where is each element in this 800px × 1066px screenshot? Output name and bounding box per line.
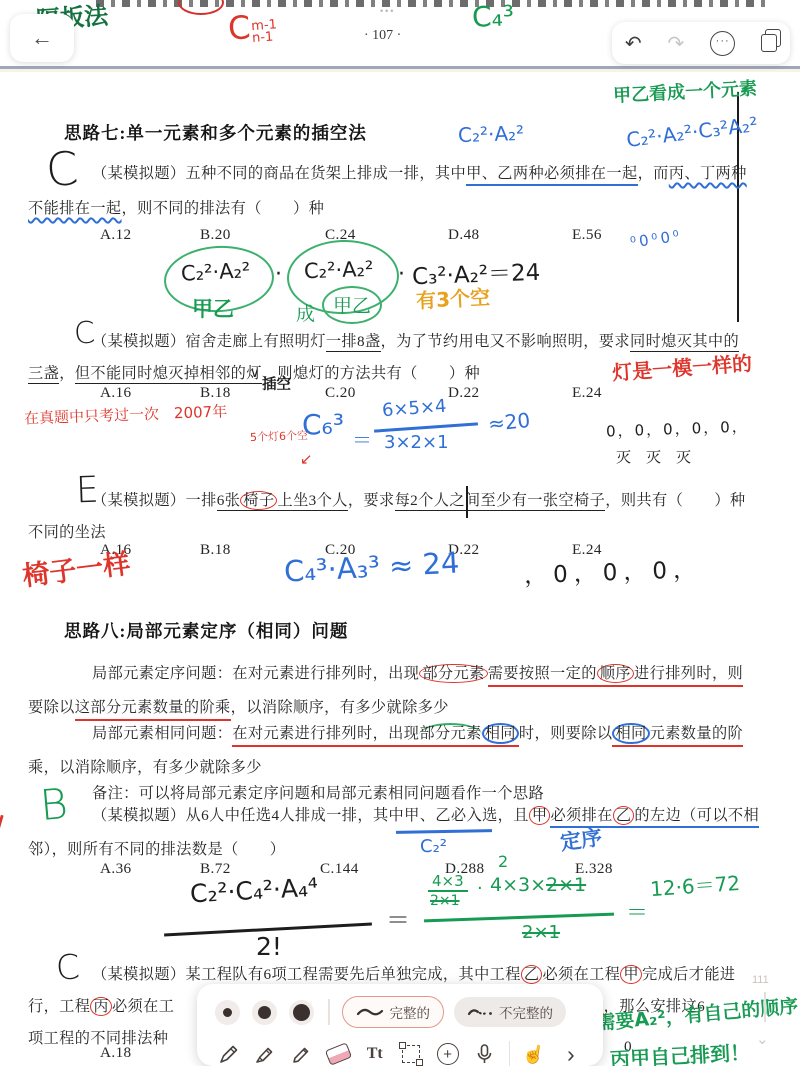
hw-q1-dot2: ·	[398, 262, 405, 287]
q3-l1e: ，要求	[348, 492, 395, 509]
page-handle-dots[interactable]: •••	[380, 6, 395, 16]
hw-q3-formula: C₄³·A₃³ ≈ 24	[283, 545, 460, 588]
hw-q2-c63: C₆³	[302, 408, 344, 441]
stroke-incomplete-button[interactable]: 不完整的	[454, 997, 566, 1027]
q5-line3: 项工程的不同排法种	[28, 1027, 168, 1048]
hw-q2-zeros: 0，0，0，0，0，	[606, 416, 749, 442]
p1-bufenyuansu-circled: 部分元素	[419, 664, 487, 683]
solid-wave-icon	[356, 1006, 384, 1018]
selection-icon	[402, 1045, 420, 1063]
q5-l1a: （某模拟题）某工程队有6项工程需要先后单独完成，其中工程	[92, 966, 521, 983]
q4-option-a: A.36	[100, 860, 132, 878]
eraser-icon	[325, 1042, 352, 1065]
q4-option-c: C.144	[320, 860, 359, 878]
q1-l1d: 丙、丁两种	[669, 165, 747, 182]
q3-l1b: 6张	[217, 492, 241, 511]
q2-option-c: C.20	[325, 384, 356, 402]
q2-l1a: （某模拟题）宿舍走廊上有照明灯	[92, 333, 326, 350]
q5-bing-circled: 丙	[90, 997, 112, 1016]
q5-l2c: 必须在工	[112, 998, 174, 1015]
hw-note-jiayi: 甲乙看成一个元素	[612, 74, 757, 108]
hw-q2-tick: ∨	[250, 366, 260, 381]
hw-q4-blue-line	[396, 829, 492, 834]
q1-l1b: 甲、乙两种必须排在一起	[466, 165, 637, 186]
q2-option-a: A.16	[100, 384, 132, 402]
hw-q4-c22: C₂²	[420, 836, 447, 857]
q2-line1: （某模拟题）宿舍走廊上有照明灯一排8盏，为了节约用电又不影响照明，要求同时熄灭其…	[92, 330, 739, 351]
q2-l2d: 、则熄灯的方法共有（ ）种	[262, 365, 480, 382]
q1-option-e: E.56	[572, 226, 602, 244]
page-number: · 107 ·	[364, 28, 401, 44]
scroll-down-chevron[interactable]: ⌄	[756, 1030, 769, 1048]
text-tool-icon: Tt	[367, 1045, 383, 1063]
p1-l1e: 进行排列时，则	[634, 665, 743, 687]
hw-q2-mie: 灭 灭 灭	[616, 446, 691, 467]
hw-q4-dot: ·	[477, 878, 483, 899]
q4-num2-pre: 4×3×	[490, 874, 546, 896]
top-right-toolbar: ↶ ↷ ···	[612, 22, 790, 64]
p1-line2: 要除以这部分元素数量的阶乘，以消除顺序，有多少就除多少	[28, 696, 449, 717]
q5-l1c: 必须在工程	[542, 966, 620, 983]
p2-xiangtong1: 相同	[482, 725, 519, 747]
q1-line1: （某模拟题）五种不同的商品在货架上排成一排，其中甲、乙两种必须排在一起，而丙、丁…	[92, 162, 747, 183]
q4-yi: 乙	[613, 807, 635, 828]
p2-xiangtong2-circled: 相同	[612, 723, 649, 744]
q1-option-d: D.48	[448, 226, 480, 244]
q1-option-b: B.20	[200, 226, 231, 244]
q1-l1a: （某模拟题）五种不同的商品在货架上排成一排，其中	[92, 165, 466, 182]
p2-l1e: 时，则要除以	[519, 725, 613, 742]
scrollbar[interactable]	[764, 992, 766, 1022]
hw-answer-mark-q5: C	[55, 947, 81, 989]
redo-icon[interactable]: ↷	[668, 31, 685, 56]
q2-l2a: 三盏	[28, 365, 59, 384]
hw-answer-mark-q1: C	[44, 141, 80, 197]
q1-l1c: ，而	[638, 165, 669, 182]
scroll-page-indicator: 111	[752, 974, 769, 986]
hw-q4-green-two: 2	[498, 852, 508, 871]
hw-q4-den2: 2×1	[522, 922, 560, 943]
hw-q4-mini-bar	[428, 890, 468, 892]
q3-l1a: （某模拟题）一排	[92, 492, 217, 509]
q5-line2-left: 行，工程丙必须在工	[28, 995, 174, 1016]
p1-line1: 局部元素定序问题：在对元素进行排列时，出现部分元素需要按照一定的顺序进行排列时，…	[92, 662, 743, 683]
hw-q3-note-yizi: 椅子一样	[20, 542, 132, 594]
hw-q4-dingxu: 定序	[558, 821, 604, 857]
q2-l1c: ，为了节约用电又不影响照明，要求	[381, 333, 630, 350]
q2-option-b: B.18	[200, 384, 231, 402]
p1-l1c: 需要按照一定的	[488, 665, 597, 687]
marker-tool-button[interactable]	[253, 1042, 277, 1066]
q3-line2: 不同的坐法	[28, 521, 106, 542]
formula-sub: n-1	[252, 31, 278, 45]
q1-l2a: 不能排在一起	[28, 200, 122, 217]
p1-shunxu-circled: 顺序	[597, 664, 634, 683]
q4-l1a: （某模拟题）从6人中任选4人排成一排，其中甲、乙必入选，且	[92, 807, 529, 824]
q1-l2b: ，则不同的排法有（ ）种	[122, 200, 325, 217]
back-arrow-icon: ←	[31, 25, 53, 51]
hw-q4-numerator: C₂²·C₄²·A₄⁴	[189, 873, 318, 909]
hw-q4-fraction-bar2	[424, 913, 614, 922]
q3-vertical-tick	[466, 486, 468, 518]
p2-l1b: 在对元素进行排列时，出现	[232, 725, 419, 747]
q5-l1e: 完成后才能进	[642, 966, 736, 983]
more-options-icon[interactable]: ···	[710, 31, 735, 56]
highlighter-tool-button[interactable]	[290, 1042, 314, 1066]
hw-q2-result: ≈20	[487, 408, 531, 436]
pen-tool-button[interactable]	[217, 1042, 241, 1066]
red-edge-mark	[0, 815, 13, 844]
p2-line1: 局部元素相同问题：在对元素进行排列时，出现部分元素相同时，则要除以相同元素数量的…	[92, 722, 743, 743]
hw-q2-note-wudeng: 5个灯6个空	[250, 427, 309, 445]
q1-line2: 不能排在一起，则不同的排法有（ ）种	[28, 197, 324, 218]
section-heading-7: 思路七:单一元素和多个元素的插空法	[64, 120, 367, 145]
q4-num2-strike: 2×1	[546, 874, 586, 896]
add-button[interactable]: +	[436, 1042, 460, 1066]
stroke-incomplete-label: 不完整的	[499, 1002, 553, 1022]
p1-l1a: 局部元素定序问题：在对元素进行排列时，出现	[92, 665, 419, 682]
microphone-button[interactable]	[472, 1042, 496, 1066]
hw-q1-label-jiayi1: 甲乙	[192, 293, 234, 323]
p1-l2c: ，以消除顺序，有多少就除多少	[231, 699, 449, 716]
stroke-complete-label: 完整的	[390, 1002, 431, 1022]
q5-jia-circled: 甲	[620, 965, 642, 984]
hw-q4-mini-den: 2×1	[430, 893, 460, 909]
q3-l1g: 至少有一张空椅子	[481, 492, 606, 511]
toolbar-row-settings: 完整的 不完整的	[197, 984, 603, 1032]
more-dots: ···	[716, 35, 730, 47]
red-circle-annotation-top	[178, 0, 224, 15]
q4-line2: 邻），则所有不同的排法数是（ ）	[28, 838, 285, 859]
q5-option-a: A.18	[100, 1044, 132, 1062]
hw-q1-label-kong: 有3个空	[415, 281, 490, 314]
highlighter-icon	[291, 1043, 313, 1065]
gesture-tool-button[interactable]: ☝	[521, 1040, 549, 1066]
annotation-app-screen: 隔板法 ••• · 107 · Cm-1n-1 C₄³ ← ↶ ↷ ··· 甲乙…	[0, 0, 800, 1066]
hw-q1-formula2: C₂²·A₂²	[304, 257, 374, 283]
stroke-size-medium[interactable]	[252, 1000, 277, 1025]
toolbar-divider-2	[509, 1041, 511, 1066]
stroke-dot-medium	[258, 1006, 271, 1019]
hw-q2-fraction-bar	[374, 422, 478, 432]
dotted-wave-icon	[467, 1006, 493, 1018]
formula-base: C	[227, 8, 252, 47]
page-edge-strip	[0, 69, 800, 72]
hw-q2-chakong: 插空	[262, 373, 291, 394]
hw-q1-dot1: ·	[275, 262, 282, 287]
q3-option-b: B.18	[200, 541, 231, 559]
p1-shunxu: 顺序	[597, 665, 634, 687]
lasso-select-button[interactable]	[399, 1042, 423, 1066]
p2-xiangtong1-circled: 相同	[482, 723, 519, 744]
hw-q4-num2: 4×3×2×1	[490, 874, 586, 896]
p2-l1a: 局部元素相同问题：	[92, 725, 232, 742]
hand-icon: ☝	[522, 1042, 548, 1066]
q3-line1: （某模拟题）一排6张椅子上坐3个人，要求每2个人之间至少有一张空椅子，则共有（ …	[92, 489, 746, 510]
hw-q2-arrow: ↙	[300, 450, 313, 468]
q3-chair-circled: 椅子	[240, 491, 277, 510]
plus-icon: +	[437, 1043, 459, 1065]
hw-formula-blue-right: C₂²·A₂²·C₃²A₂²	[625, 112, 759, 152]
section-heading-8: 思路八:局部元素定序（相同）问题	[64, 618, 348, 643]
q2-option-e: E.24	[572, 384, 602, 402]
q5-yi-circled: 乙	[521, 965, 543, 984]
q5-l2a: 行，工程	[28, 998, 90, 1015]
hw-q4-eq2: ＝	[626, 896, 648, 927]
q4-jia-circled: 甲	[529, 806, 551, 825]
hw-q2-note-zhenti: 在真题中只考过一次 2007年	[24, 400, 228, 428]
marker-icon	[254, 1043, 276, 1065]
p2-bufenyuansu-arc: 部分元素	[419, 723, 481, 747]
note-line: 备注：可以将局部元素定序问题和局部元素相同问题看作一个思路	[92, 782, 544, 803]
p2-l1g: 元素数量的阶	[650, 725, 744, 747]
q3-l1d: 上坐3个人	[277, 492, 347, 511]
bottom-toolbar: 完整的 不完整的 Tt + ☝ ›	[197, 984, 603, 1066]
hw-q4-denominator: 2!	[256, 932, 282, 961]
hw-formula-cn1m1: Cm-1n-1	[227, 6, 279, 47]
q2-l2c: 但不能同时熄灭掉相邻的灯	[75, 365, 262, 384]
q2-l2b: ，	[59, 365, 75, 382]
pen-icon	[218, 1043, 240, 1065]
q4-line1: （某模拟题）从6人中任选4人排成一排，其中甲、乙必入选，且甲必须排在乙的左边（可…	[92, 804, 759, 825]
undo-icon[interactable]: ↶	[625, 31, 642, 56]
toolbar-row-tools: Tt + ☝ ›	[197, 1032, 603, 1066]
hw-q2-den: 3×2×1	[384, 432, 449, 453]
formula-scripts: m-1n-1	[251, 19, 278, 45]
q2-l1b: 一排8盏	[326, 333, 381, 352]
hw-q1-label-cheng: 成	[296, 299, 315, 326]
q3-l1h: ，则共有（ ）种	[605, 492, 745, 509]
stroke-dot-large	[293, 1004, 310, 1021]
stroke-complete-button[interactable]: 完整的	[342, 996, 445, 1028]
hw-answer-mark-q4: B	[38, 779, 70, 830]
stroke-size-large[interactable]	[289, 1000, 314, 1025]
p2-xiangtong2: 相同	[612, 725, 649, 747]
q3-l1c: 椅子	[240, 492, 277, 511]
microphone-icon	[474, 1043, 495, 1065]
hw-q4-result: 12·6＝72	[649, 867, 741, 902]
q2-option-d: D.22	[448, 384, 480, 402]
hw-q1-label-jiayi2: 甲乙	[333, 291, 371, 318]
chevron-right-icon: ›	[567, 1041, 575, 1066]
q4-yi-circled: 乙	[613, 806, 635, 825]
p1-l2b: 这部分元素数量的阶乘	[75, 699, 231, 721]
hw-q2-num: 6×5×4	[381, 396, 447, 421]
p1-l2a: 要除以	[28, 699, 75, 716]
q4-option-b: B.72	[200, 860, 231, 878]
toolbar-divider-1	[328, 999, 330, 1025]
eraser-tool-button[interactable]	[326, 1042, 350, 1066]
q1-option-a: A.12	[100, 226, 132, 244]
hw-q4-mini-num: 4×3	[432, 872, 464, 890]
hw-q3-zeros: ，0，0，0，	[523, 551, 702, 590]
stroke-dot-small	[223, 1008, 232, 1017]
p2-line2: 乘，以消除顺序，有多少就除多少	[28, 756, 262, 777]
hw-q4-eq1: ＝	[386, 900, 410, 935]
hw-q1-formula1: C₂²·A₂²	[180, 258, 251, 286]
toolbar-expand-button[interactable]: ›	[559, 1042, 583, 1066]
stroke-size-small[interactable]	[215, 1000, 240, 1025]
hw-formula-c43: C₄³	[471, 0, 514, 34]
text-tool-button[interactable]: Tt	[363, 1042, 387, 1066]
pages-icon[interactable]	[761, 34, 777, 52]
back-button[interactable]: ←	[10, 14, 74, 62]
hw-q2-eq: ＝	[352, 424, 372, 453]
hw-q2-note-deng: 灯是一模一样的	[611, 347, 753, 386]
hw-blue-zeros: ⁰0⁰0⁰	[629, 226, 683, 251]
q5-line1: （某模拟题）某工程队有6项工程需要先后单独完成，其中工程乙必须在工程甲完成后才能…	[92, 963, 736, 984]
hw-formula-blue-mid: C₂²·A₂²	[458, 121, 525, 147]
q4-l1e: 的左边（可以不相	[634, 807, 759, 828]
